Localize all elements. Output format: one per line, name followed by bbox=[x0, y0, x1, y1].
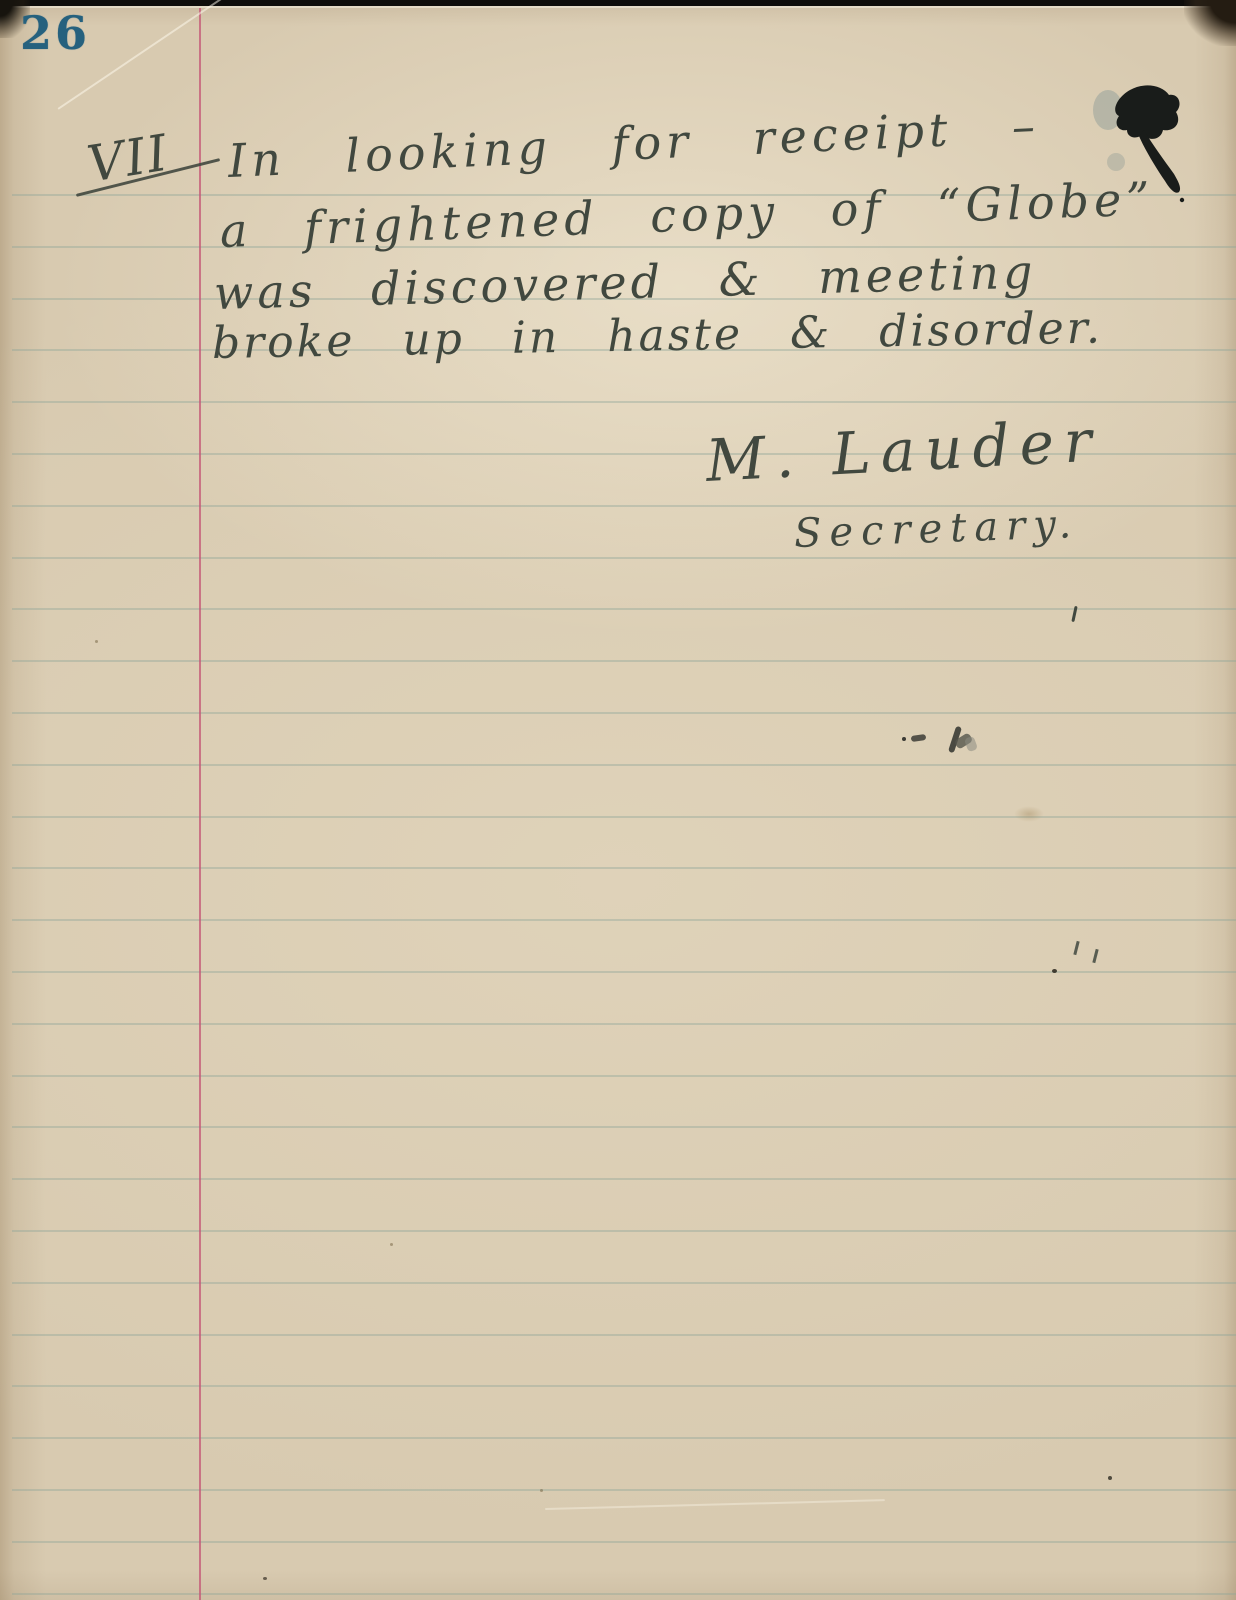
ruled-line bbox=[12, 1178, 1236, 1180]
ruled-line bbox=[12, 1023, 1236, 1025]
worn-corner-top-right bbox=[1184, 0, 1236, 46]
page-number: 26 bbox=[20, 6, 90, 60]
ink-blot-icon bbox=[1088, 84, 1188, 206]
margin-line bbox=[199, 8, 201, 1600]
pen-tick bbox=[1092, 949, 1098, 963]
ruled-line bbox=[12, 1593, 1236, 1595]
ruled-line bbox=[12, 401, 1236, 403]
ruled-line bbox=[12, 867, 1236, 869]
ink-smudge bbox=[902, 737, 906, 741]
ruled-line bbox=[12, 919, 1236, 921]
handwritten-line: a frightened copy of “Globe” bbox=[219, 175, 1155, 254]
ruled-line bbox=[12, 1437, 1236, 1439]
ink-smudge bbox=[911, 734, 927, 742]
ruled-line bbox=[12, 246, 1236, 248]
ruled-line bbox=[12, 1282, 1236, 1284]
ruled-line bbox=[12, 1385, 1236, 1387]
ruled-line bbox=[12, 608, 1236, 610]
ruled-line bbox=[12, 557, 1236, 559]
notebook-page-scan: 26 VII In looking for receipt – a fright… bbox=[0, 0, 1236, 1600]
ruled-line bbox=[12, 1541, 1236, 1543]
ruled-line bbox=[12, 1489, 1236, 1491]
ruled-line bbox=[12, 712, 1236, 714]
ruled-line bbox=[12, 816, 1236, 818]
handwritten-line: In looking for receipt – bbox=[227, 103, 1041, 184]
ruled-line bbox=[12, 1230, 1236, 1232]
paper-speck bbox=[540, 1489, 543, 1492]
signature-title: Secretary. bbox=[793, 504, 1080, 554]
ruled-line bbox=[12, 1334, 1236, 1336]
ruled-line bbox=[12, 1075, 1236, 1077]
signature: M. Lauder bbox=[704, 411, 1102, 490]
ruled-line bbox=[12, 660, 1236, 662]
paper-speck bbox=[1052, 969, 1057, 973]
ink-smudge bbox=[964, 736, 978, 753]
paper-speck bbox=[263, 1577, 267, 1580]
ruled-line bbox=[12, 1126, 1236, 1128]
paper-speck bbox=[390, 1243, 393, 1246]
handwritten-line: broke up in haste & disorder. bbox=[212, 306, 1104, 366]
ruled-line bbox=[12, 764, 1236, 766]
paper-speck bbox=[95, 640, 98, 643]
paper-crease bbox=[545, 1499, 885, 1510]
paper-crease bbox=[57, 0, 307, 110]
pen-tick bbox=[1073, 941, 1079, 955]
paper-top-edge-highlight bbox=[0, 6, 1236, 8]
age-stain bbox=[1014, 806, 1044, 822]
paper-speck bbox=[1108, 1476, 1112, 1480]
